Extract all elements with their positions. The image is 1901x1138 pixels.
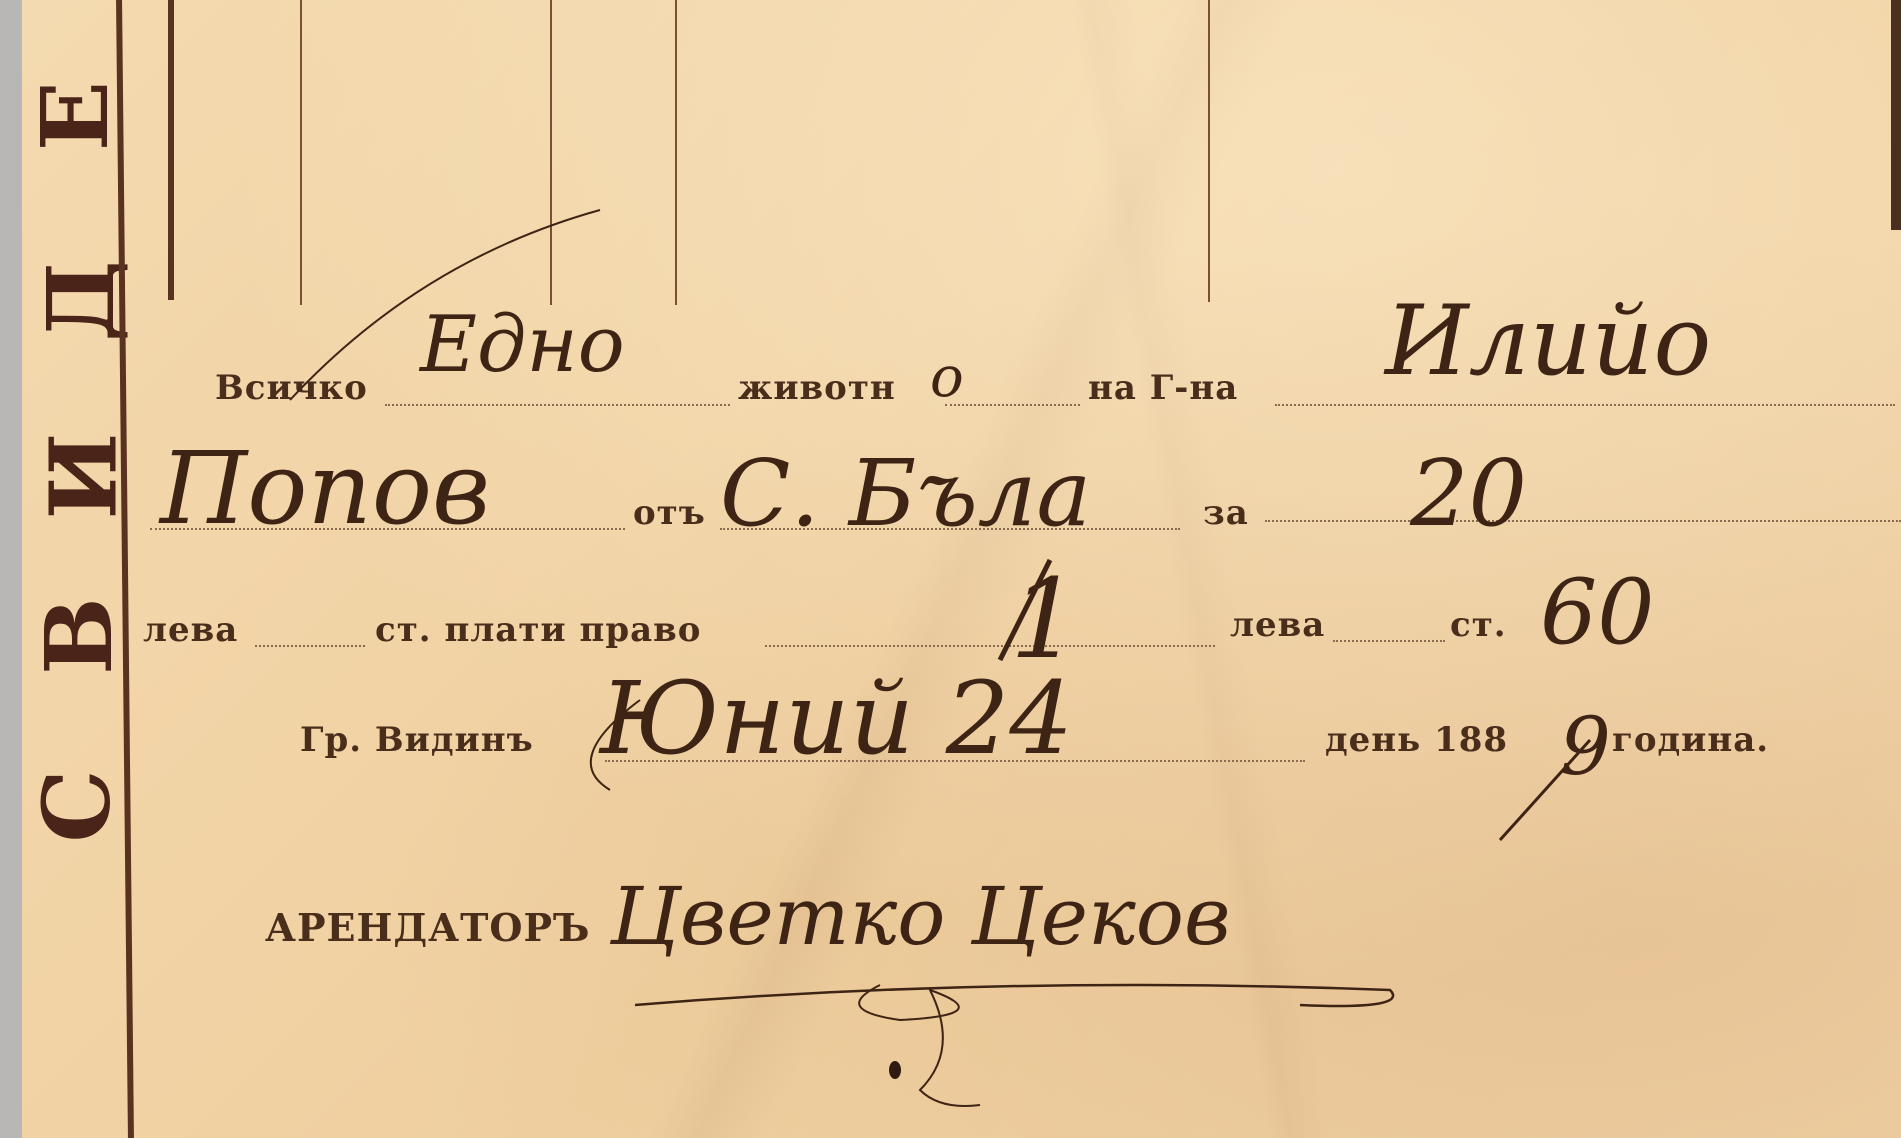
label-st-2: ст. — [1450, 605, 1507, 645]
hand-signature: Цветко Цеков — [610, 870, 1231, 963]
hand-fee-st: 60 — [1540, 560, 1655, 665]
hand-count: Едно — [420, 300, 625, 390]
fill-line — [945, 404, 1080, 406]
fill-line — [1275, 404, 1895, 406]
hand-date: Юний 24 — [600, 660, 1073, 777]
label-year: година. — [1612, 720, 1769, 760]
table-column-line — [300, 0, 302, 305]
label-animal: животн — [738, 368, 896, 408]
spine-letter: С — [31, 769, 123, 842]
label-all: Всичко — [215, 368, 368, 408]
spine-letter: Е — [29, 81, 121, 151]
fill-line — [385, 404, 730, 406]
hand-year-digit: 9 — [1560, 700, 1611, 793]
label-city: Гр. Видинъ — [300, 720, 534, 760]
label-leva-2: лева — [1230, 605, 1325, 645]
spine-letter: И — [37, 433, 129, 520]
label-leva: лева — [143, 610, 238, 650]
label-for: за — [1203, 493, 1249, 533]
label-day-year: день 188 — [1325, 720, 1508, 760]
spine-letter: Д — [35, 260, 127, 342]
label-mr: на Г-на — [1088, 368, 1238, 408]
table-column-line — [550, 0, 552, 305]
table-column-line — [675, 0, 677, 305]
hand-amount-leva: 20 — [1410, 440, 1527, 547]
fill-line — [255, 645, 365, 647]
hand-village: С. Бъла — [720, 440, 1091, 547]
fill-line — [1265, 520, 1901, 522]
fill-line — [765, 645, 1215, 647]
label-lessee: АРЕНДАТОРЪ — [265, 905, 590, 950]
hand-animal-suffix: о — [930, 345, 964, 410]
right-border — [1891, 0, 1901, 230]
fill-line — [1333, 640, 1445, 642]
table-column-line — [1208, 0, 1210, 302]
label-from: отъ — [633, 493, 706, 533]
hand-first-name: Илийо — [1385, 285, 1711, 397]
spine-letter: В — [33, 597, 125, 675]
hand-last-name: Попов — [160, 430, 490, 547]
label-st-paid: ст. плати право — [375, 610, 701, 650]
table-border-line — [168, 0, 174, 300]
